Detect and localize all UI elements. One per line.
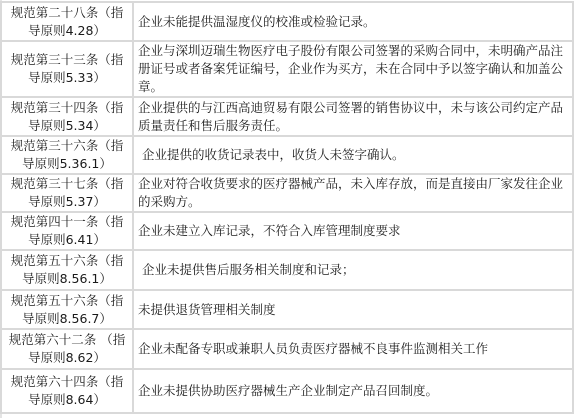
clause-cell: 规范第二十八条（指导原则4.28） [1, 2, 133, 41]
issue-cell: 企业未提供协助医疗器械生产企业制定产品召回制度。 [133, 369, 573, 413]
findings-document: 规范第二十八条（指导原则4.28） 企业未能提供温湿度仪的校准或检验记录。 规范… [0, 0, 580, 418]
issue-cell: 企业与深圳迈瑞生物医疗电子股份有限公司签署的采购合同中，未明确产品注册证号或者备… [133, 41, 573, 97]
clause-cell: 规范第三十七条（指导原则5.37） [1, 174, 133, 212]
clause-cell: 规范第六十四条（指导原则8.64） [1, 369, 133, 413]
clause-cell: 规范第三十四条（指导原则5.34） [1, 97, 133, 136]
table-row: 规范第五十六条（指导原则8.56.7） 未提供退货管理相关制度 [1, 290, 573, 329]
table-row: 规范第四十一条（指导原则6.41） 企业未建立入库记录，不符合入库管理制度要求 [1, 212, 573, 250]
table-row: 规范第六十二条 （指导原则8.62） 企业未配备专职或兼职人员负责医疗器械不良事… [1, 329, 573, 369]
issue-cell: 企业提供的与江西高迪贸易有限公司签署的销售协议中，未与该公司约定产品质量责任和售… [133, 97, 573, 136]
clause-cell: 规范第四十一条（指导原则6.41） [1, 212, 133, 250]
issue-cell: 未提供退货管理相关制度 [133, 290, 573, 329]
issue-cell: 企业未提供售后服务相关制度和记录； [133, 250, 573, 290]
issue-cell: 企业提供的收货记录表中，收货人未签字确认。 [133, 136, 573, 174]
table-row: 规范第三十三条（指导原则5.33） 企业与深圳迈瑞生物医疗电子股份有限公司签署的… [1, 41, 573, 97]
table-row: 规范第五十六条（指导原则8.56.1） 企业未提供售后服务相关制度和记录； [1, 250, 573, 290]
table-row: 规范第六十四条（指导原则8.64） 企业未提供协助医疗器械生产企业制定产品召回制… [1, 369, 573, 413]
inspection-findings-table: 规范第二十八条（指导原则4.28） 企业未能提供温湿度仪的校准或检验记录。 规范… [0, 1, 574, 414]
clause-cell: 规范第三十六条（指导原则5.36.1） [1, 136, 133, 174]
issue-cell: 企业未能提供温湿度仪的校准或检验记录。 [133, 2, 573, 41]
table-row: 规范第二十八条（指导原则4.28） 企业未能提供温湿度仪的校准或检验记录。 [1, 2, 573, 41]
clause-cell: 规范第五十六条（指导原则8.56.7） [1, 290, 133, 329]
clause-cell: 规范第五十六条（指导原则8.56.1） [1, 250, 133, 290]
issue-cell: 企业对符合收货要求的医疗器械产品，未入库存放，而是直接由厂家发往企业的采购方。 [133, 174, 573, 212]
table-row: 规范第三十七条（指导原则5.37） 企业对符合收货要求的医疗器械产品，未入库存放… [1, 174, 573, 212]
table-row: 规范第三十四条（指导原则5.34） 企业提供的与江西高迪贸易有限公司签署的销售协… [1, 97, 573, 136]
issue-cell: 企业未配备专职或兼职人员负责医疗器械不良事件监测相关工作 [133, 329, 573, 369]
table-row: 规范第三十六条（指导原则5.36.1） 企业提供的收货记录表中，收货人未签字确认… [1, 136, 573, 174]
clause-cell: 规范第三十三条（指导原则5.33） [1, 41, 133, 97]
findings-table-body: 规范第二十八条（指导原则4.28） 企业未能提供温湿度仪的校准或检验记录。 规范… [1, 2, 573, 413]
issue-cell: 企业未建立入库记录，不符合入库管理制度要求 [133, 212, 573, 250]
clause-cell: 规范第六十二条 （指导原则8.62） [1, 329, 133, 369]
